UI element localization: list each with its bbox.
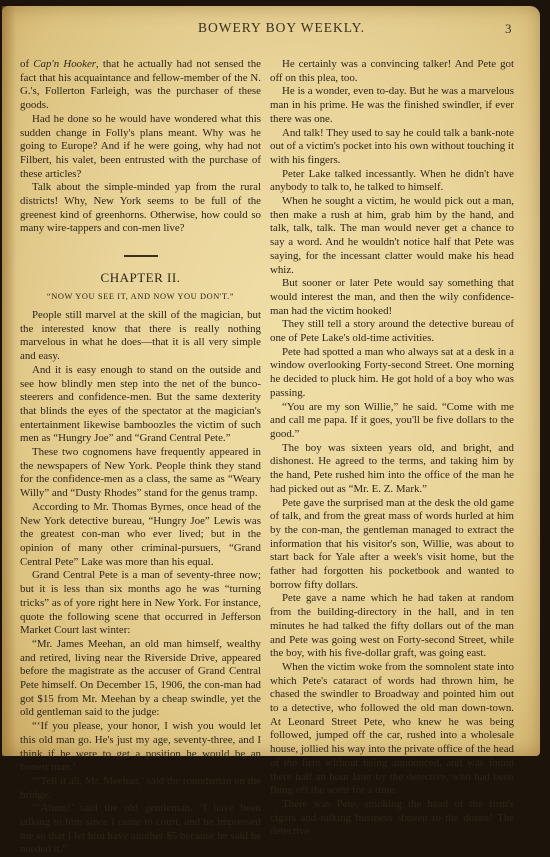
paragraph: Grand Central Pete is a man of seventy-t… xyxy=(20,569,261,638)
paragraph: Peter Lake talked incessantly. When he d… xyxy=(270,168,514,195)
paragraph: When the victim woke from the somnolent … xyxy=(270,661,514,759)
paragraph: The boy was sixteen years old, and brigh… xyxy=(270,442,514,497)
publication-title: BOWERY BOY WEEKLY. xyxy=(198,20,365,36)
left-column: of Cap'n Hooker, that he actually had no… xyxy=(20,58,261,759)
quote-paragraph: “‘If you please, your honor, I wish you … xyxy=(20,720,261,759)
quote-paragraph: “Mr. James Meehan, an old man himself, w… xyxy=(20,638,261,720)
magazine-page: BOWERY BOY WEEKLY. 3 of Cap'n Hooker, th… xyxy=(2,6,540,756)
book-title: Cap'n Hooker xyxy=(33,58,96,70)
paragraph: And it is easy enough to stand on the ou… xyxy=(20,364,261,446)
paragraph: And talk! They used to say he could talk… xyxy=(270,127,514,168)
paragraph: These two cognomens have frequently appe… xyxy=(20,446,261,501)
paragraph: People still marvel at the skill of the … xyxy=(20,309,261,364)
paragraph: When he sought a victim, he would pick o… xyxy=(270,195,514,277)
paragraph: He certainly was a convincing talker! An… xyxy=(270,58,514,85)
paragraph: But sooner or later Pete would say somet… xyxy=(270,277,514,318)
page-number: 3 xyxy=(505,21,512,37)
paragraph: of Cap'n Hooker, that he actually had no… xyxy=(20,58,261,113)
right-column: He certainly was a convincing talker! An… xyxy=(270,58,514,759)
chapter-subtitle: “Now you see it, and now you don't.” xyxy=(20,290,261,304)
paragraph: Talk about the simple-minded yap from th… xyxy=(20,181,261,236)
paragraph: Had he done so he would have wondered wh… xyxy=(20,113,261,182)
paragraph: Pete gave the surprised man at the desk … xyxy=(270,497,514,593)
paragraph: They still tell a story around the detec… xyxy=(270,318,514,345)
running-header: BOWERY BOY WEEKLY. 3 xyxy=(2,20,540,34)
paragraph: According to Mr. Thomas Byrnes, once hea… xyxy=(20,501,261,570)
paragraph: “You are my son Willie,” he said. “Come … xyxy=(270,401,514,442)
paragraph: He is a wonder, even to-day. But he was … xyxy=(270,85,514,126)
section-divider xyxy=(124,255,158,257)
paragraph: Pete gave a name which he had taken at r… xyxy=(270,592,514,661)
paragraph: Pete had spotted a man who always sat at… xyxy=(270,346,514,401)
chapter-title: CHAPTER II. xyxy=(20,271,261,285)
